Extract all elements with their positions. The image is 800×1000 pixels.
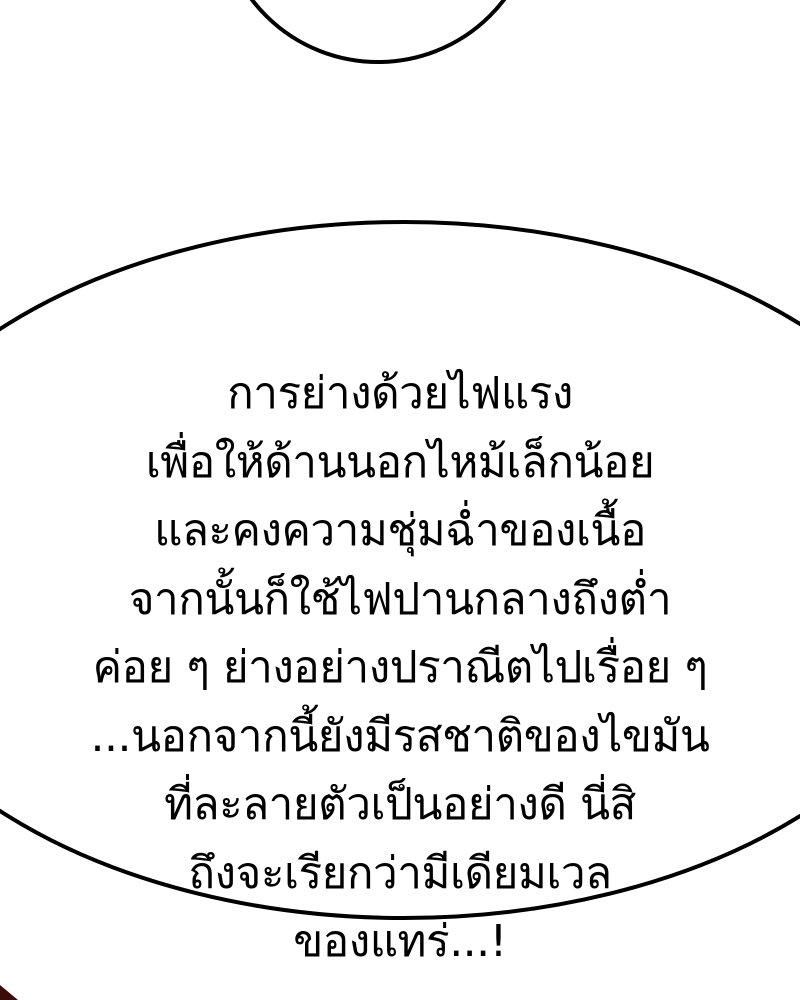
- dialogue-line-4: จากนั้นก็ใช้ไฟปานกลางถึงต่ำ: [0, 566, 800, 635]
- corner-artwork-fragment: [0, 985, 18, 1000]
- dialogue-line-2: เพื่อให้ด้านนอกไหม้เล็กน้อย: [0, 429, 800, 498]
- dialogue-line-7: ที่ละลายตัวเป็นอย่างดี นี่สิ: [0, 771, 800, 840]
- comic-panel: การย่างด้วยไฟแรง เพื่อให้ด้านนอกไหม้เล็ก…: [0, 0, 800, 1000]
- dialogue-line-8: ถึงจะเรียกว่ามีเดียมเวล: [0, 840, 800, 909]
- dialogue-line-9: ของแทร่...!: [0, 908, 800, 977]
- dialogue-line-3: และคงความชุ่มฉ่ำของเนื้อ: [0, 497, 800, 566]
- dialogue-line-5: ค่อย ๆ ย่างอย่างปราณีตไปเรื่อย ๆ: [0, 634, 800, 703]
- dialogue-line-1: การย่างด้วยไฟแรง: [0, 360, 800, 429]
- speech-bubble-text: การย่างด้วยไฟแรง เพื่อให้ด้านนอกไหม้เล็ก…: [0, 360, 800, 977]
- speech-bubble-top: [220, 0, 536, 62]
- dialogue-line-6: ...นอกจากนี้ยังมีรสชาติของไขมัน: [0, 703, 800, 772]
